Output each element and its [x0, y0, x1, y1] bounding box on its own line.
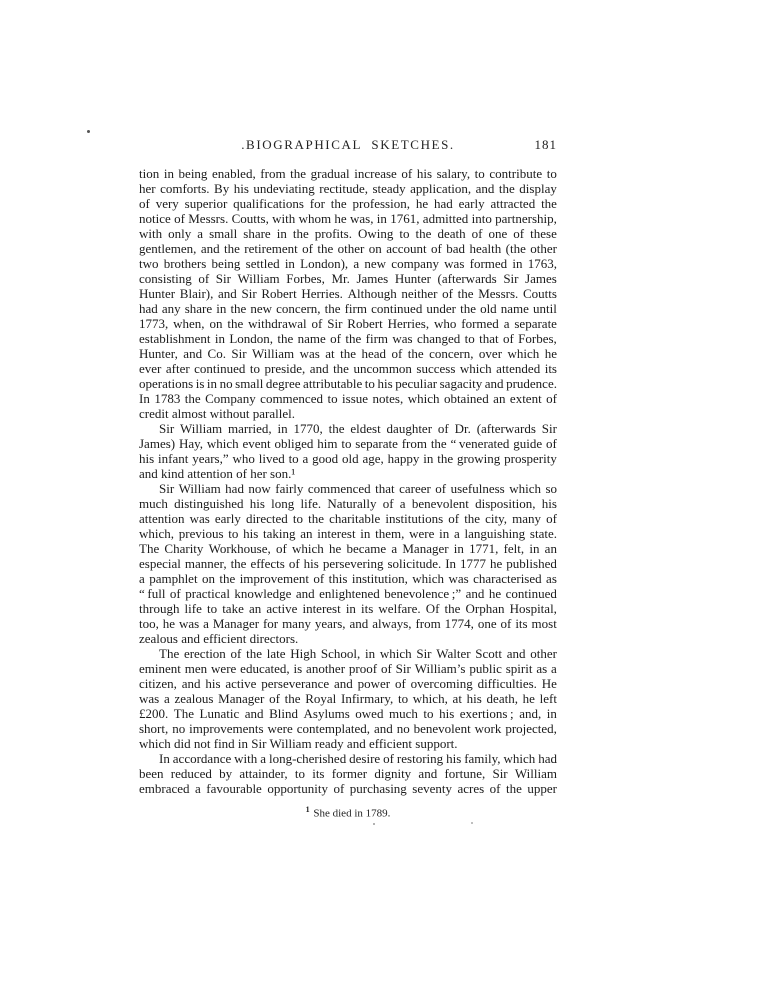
text-line: especialmanner,theeffectsofhisperseverin… [139, 556, 557, 571]
document-page: .BIOGRAPHICAL SKETCHES. 181 tioninbeinge… [0, 0, 782, 1000]
text-line: which,previoustohistakinganinterestinthe… [139, 526, 557, 541]
text-line: gentlemen,andtheretirementoftheotheronac… [139, 241, 557, 256]
text-line: James)Hay,whicheventobligedhimtoseparate… [139, 436, 557, 451]
text-line: embracedafavourableopportunityofpurchasi… [139, 781, 557, 796]
text-body: tioninbeingenabled,fromthegradualincreas… [139, 166, 557, 796]
text-line: “ fullofpracticalknowledgeandenlightened… [139, 586, 557, 601]
text-line: SirWilliamhadnowfairlycommencedthatcaree… [139, 481, 557, 496]
text-line: tioninbeingenabled,fromthegradualincreas… [139, 166, 557, 181]
text-line: too,hewasaManagerformanyyears,andalways,… [139, 616, 557, 631]
page-title: .BIOGRAPHICAL SKETCHES. [139, 137, 557, 153]
text-line: In1783theCompanycommencedtoissuenotes,wh… [139, 391, 557, 406]
text-line: twobrothersbeingsettledinLondon),anewcom… [139, 256, 557, 271]
scan-speck [87, 130, 90, 133]
text-line: hadanyshareinthenewconcern,thefirmcontin… [139, 301, 557, 316]
text-line: wasazealousManageroftheRoyalInfirmary,to… [139, 691, 557, 706]
page-number: 181 [535, 137, 558, 153]
text-line: hercomforts.Byhisundeviatingrectitude,st… [139, 181, 557, 196]
text-line: which did not find in Sir William ready … [139, 736, 557, 751]
text-line: eminentmenwereeducated,isanotherproofofS… [139, 661, 557, 676]
text-line: £200.TheLunaticandBlindAsylumsowedmuchto… [139, 706, 557, 721]
text-line: muchdistinguishedhislonglife.Naturallyof… [139, 496, 557, 511]
text-line: HunterBlair),andSirRobertHerries.Althoug… [139, 286, 557, 301]
footnote-text: She died in 1789. [313, 808, 390, 820]
text-line: throughlifetotakeanactiveinterestinitswe… [139, 601, 557, 616]
text-line: consistingofSirWilliamForbes,Mr.JamesHun… [139, 271, 557, 286]
text-line: establishmentinLondon,thenameofthefirmwa… [139, 331, 557, 346]
text-line: noticeofMessrs.Coutts,withwhomhewas,in17… [139, 211, 557, 226]
paragraph: Inaccordancewithalong-cherisheddesireofr… [139, 751, 557, 796]
text-line: credit almost without parallel. [139, 406, 557, 421]
text-line: zealous and efficient directors. [139, 631, 557, 646]
paragraph: SirWilliamhadnowfairlycommencedthatcaree… [139, 481, 557, 646]
text-line: everaftercontinuedtopreside,andtheuncomm… [139, 361, 557, 376]
text-line: citizen,andhisactiveperseveranceandpower… [139, 676, 557, 691]
scan-speck [471, 822, 473, 824]
paragraph: SirWilliammarried,in1770,theeldestdaught… [139, 421, 557, 481]
text-line: short,noimprovementswerecontemplated,and… [139, 721, 557, 736]
text-line: TheerectionofthelateHighSchool,inwhichSi… [139, 646, 557, 661]
paragraph: TheerectionofthelateHighSchool,inwhichSi… [139, 646, 557, 751]
scan-speck [373, 823, 375, 825]
text-line: attentionwasearlydirectedtothecharitable… [139, 511, 557, 526]
footnote: 1 She died in 1789. [139, 805, 557, 820]
text-line: TheCharityWorkhouse,ofwhichhebecameaMana… [139, 541, 557, 556]
paragraph: tioninbeingenabled,fromthegradualincreas… [139, 166, 557, 421]
text-line: hisinfantyears,”wholivedtoagoodoldage,ha… [139, 451, 557, 466]
text-line: and kind attention of her son.¹ [139, 466, 557, 481]
footnote-marker: 1 [306, 805, 311, 814]
text-line: apamphletontheimprovementofthisinstituti… [139, 571, 557, 586]
text-line: Hunter,andCo.SirWilliamwasattheheadofthe… [139, 346, 557, 361]
text-line: ofverysuperiorqualificationsfortheprofes… [139, 196, 557, 211]
text-line: 1773,when,onthewithdrawalofSirRobertHerr… [139, 316, 557, 331]
text-line: beenreducedbyattainder,toitsformerdignit… [139, 766, 557, 781]
text-line: SirWilliammarried,in1770,theeldestdaught… [139, 421, 557, 436]
text-line: Inaccordancewithalong-cherisheddesireofr… [139, 751, 557, 766]
text-line: operationsisinnosmalldegreeattributablet… [139, 376, 557, 391]
running-head: .BIOGRAPHICAL SKETCHES. 181 [139, 137, 557, 153]
text-line: withonlyasmallshareintheprofits.Owingtot… [139, 226, 557, 241]
